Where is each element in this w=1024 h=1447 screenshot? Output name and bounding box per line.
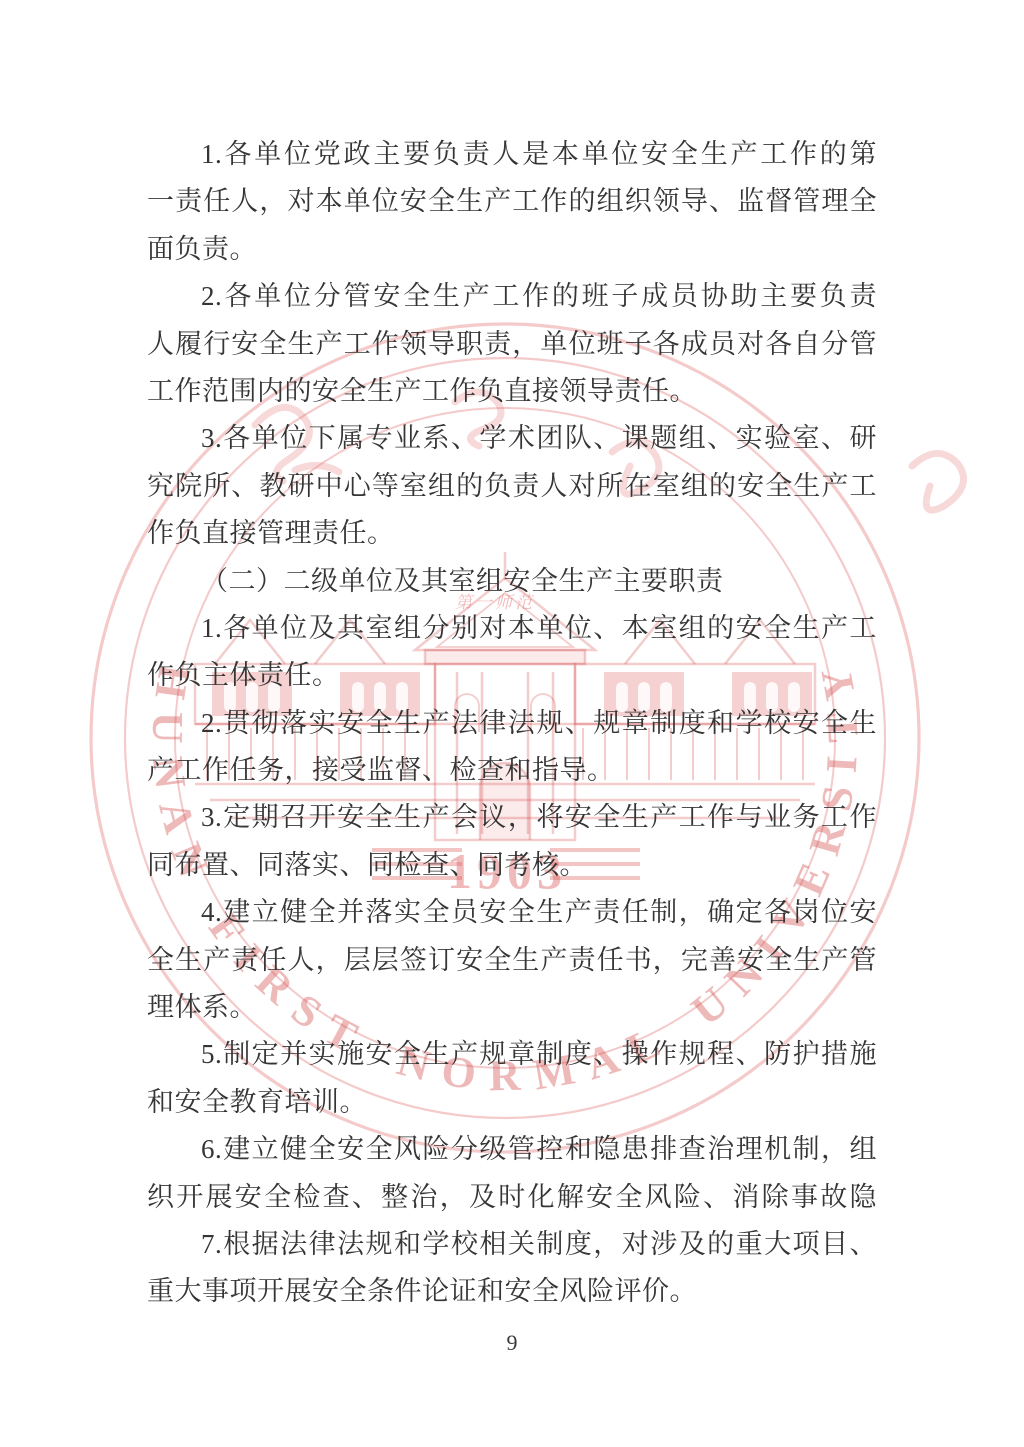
text-line: 3.定期召开安全生产会议，将安全生产工作与业务工作 [147,794,877,841]
text-line: 织开展安全检查、整治，及时化解安全风险、消除事故隐患。 [147,1174,877,1221]
section-heading: （二）二级单位及其室组安全生产主要职责 [147,558,877,605]
text-line: 3.各单位下属专业系、学术团队、课题组、实验室、研 [147,415,877,462]
text-line: 5.制定并实施安全生产规章制度、操作规程、防护措施 [147,1031,877,1078]
text-line: 1.各单位及其室组分别对本单位、本室组的安全生产工 [147,605,877,652]
text-line: 1.各单位党政主要负责人是本单位安全生产工作的第 [147,131,877,178]
text-line: 究院所、教研中心等室组的负责人对所在室组的安全生产工 [147,463,877,510]
text-line: 工作范围内的安全生产工作负直接领导责任。 [147,368,877,415]
text-line: 作负主体责任。 [147,652,877,699]
text-line: 6.建立健全安全风险分级管控和隐患排查治理机制，组 [147,1126,877,1173]
text-line: 面负责。 [147,226,877,273]
text-line: 4.建立健全并落实全员安全生产责任制，确定各岗位安 [147,889,877,936]
text-line: 7.根据法律法规和学校相关制度，对涉及的重大项目、 [147,1221,877,1268]
page-number: 9 [0,1330,1024,1356]
text-line: 作负直接管理责任。 [147,510,877,557]
text-line: 同布置、同落实、同检查、同考核。 [147,842,877,889]
text-line: 重大事项开展安全条件论证和安全风险评价。 [147,1268,877,1315]
text-line: 一责任人，对本单位安全生产工作的组织领导、监督管理全 [147,178,877,225]
document-body: 1.各单位党政主要负责人是本单位安全生产工作的第一责任人，对本单位安全生产工作的… [147,131,877,1316]
text-line: 2.各单位分管安全生产工作的班子成员协助主要负责 [147,273,877,320]
text-line: 全生产责任人，层层签订安全生产责任书，完善安全生产管 [147,937,877,984]
text-line: 理体系。 [147,984,877,1031]
text-line: 和安全教育培训。 [147,1079,877,1126]
text-line: 人履行安全生产工作领导职责，单位班子各成员对各自分管 [147,321,877,368]
document-page: 第一师范 1903 HUNAN FIRST NORMAL UNIVERSITY … [0,0,1024,1447]
text-line: 产工作任务，接受监督、检查和指导。 [147,747,877,794]
text-line: 2.贯彻落实安全生产法律法规、规章制度和学校安全生 [147,700,877,747]
